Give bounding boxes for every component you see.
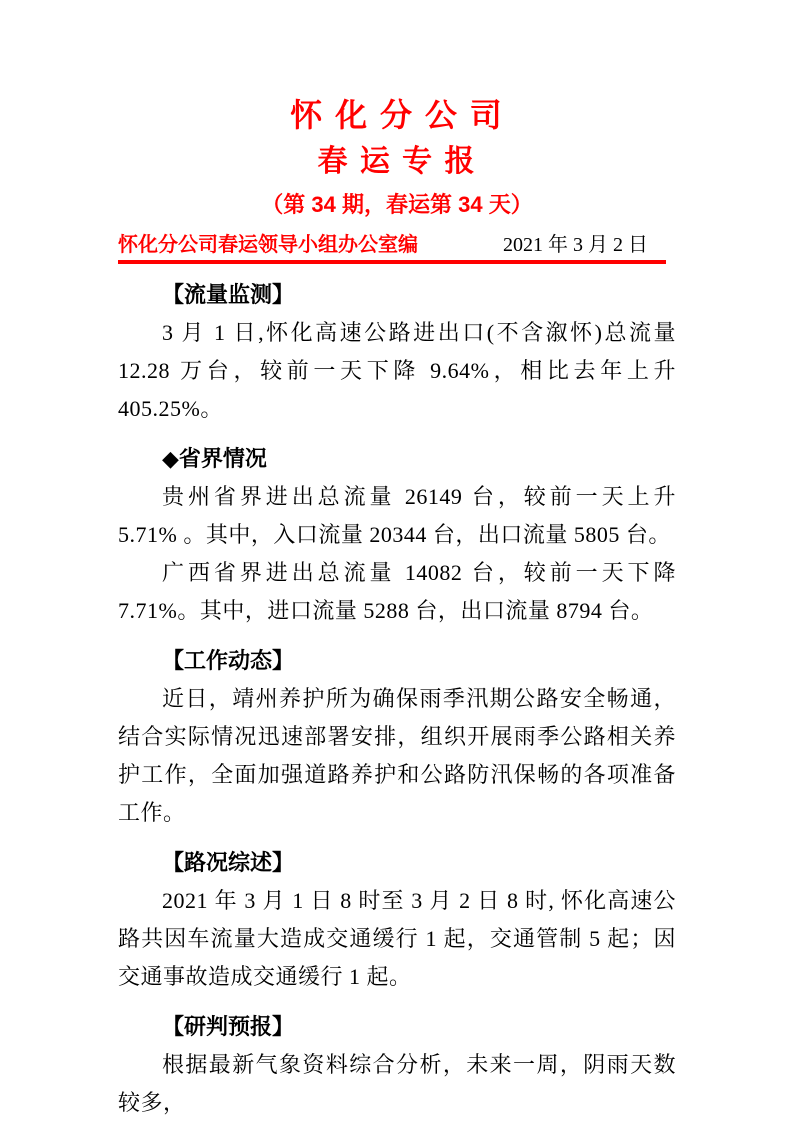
section-heading-forecast: 【研判预报】 bbox=[118, 1008, 676, 1046]
document-page: 怀 化 分 公 司 春 运 专 报 （第 34 期，春运第 34 天） 怀化分公… bbox=[0, 0, 793, 1122]
section-province-border: ◆省界情况 贵州省界进出总流量 26149 台，较前一天上升 5.71% 。其中… bbox=[118, 440, 676, 630]
subsection-heading-province-border: ◆省界情况 bbox=[118, 440, 676, 478]
paragraph-weather-forecast: 根据最新气象资料综合分析，未来一周，阴雨天数较多， bbox=[118, 1046, 676, 1122]
red-divider-rule bbox=[118, 260, 666, 264]
paragraph-guangxi-border: 广西省界进出总流量 14082 台，较前一天下降 7.71%。其中，进口流量 5… bbox=[118, 554, 676, 630]
document-body: 【流量监测】 3 月 1 日,怀化高速公路进出口(不含溆怀)总流量 12.28 … bbox=[118, 276, 676, 1122]
section-heading-road-conditions: 【路况综述】 bbox=[118, 844, 676, 882]
masthead-editor: 怀化分公司春运领导小组办公室编 bbox=[118, 232, 418, 258]
section-forecast: 【研判预报】 根据最新气象资料综合分析，未来一周，阴雨天数较多， bbox=[118, 1008, 676, 1122]
issue-number-line: （第 34 期，春运第 34 天） bbox=[118, 192, 676, 218]
paragraph-road-incidents: 2021 年 3 月 1 日 8 时至 3 月 2 日 8 时, 怀化高速公路共… bbox=[118, 882, 676, 996]
paragraph-total-flow: 3 月 1 日,怀化高速公路进出口(不含溆怀)总流量 12.28 万台，较前一天… bbox=[118, 314, 676, 428]
section-heading-traffic-monitoring: 【流量监测】 bbox=[118, 276, 676, 314]
paragraph-guizhou-border: 贵州省界进出总流量 26149 台，较前一天上升 5.71% 。其中，入口流量 … bbox=[118, 478, 676, 554]
paragraph-maintenance-work: 近日，靖州养护所为确保雨季汛期公路安全畅通，结合实际情况迅速部署安排，组织开展雨… bbox=[118, 680, 676, 832]
masthead-row: 怀化分公司春运领导小组办公室编 2021 年 3 月 2 日 bbox=[118, 232, 676, 258]
section-heading-work-updates: 【工作动态】 bbox=[118, 642, 676, 680]
document-title: 怀 化 分 公 司 bbox=[118, 96, 676, 134]
section-road-conditions: 【路况综述】 2021 年 3 月 1 日 8 时至 3 月 2 日 8 时, … bbox=[118, 844, 676, 996]
section-traffic-monitoring: 【流量监测】 3 月 1 日,怀化高速公路进出口(不含溆怀)总流量 12.28 … bbox=[118, 276, 676, 428]
section-work-updates: 【工作动态】 近日，靖州养护所为确保雨季汛期公路安全畅通，结合实际情况迅速部署安… bbox=[118, 642, 676, 832]
masthead-date: 2021 年 3 月 2 日 bbox=[503, 232, 648, 258]
document-subtitle: 春 运 专 报 bbox=[118, 144, 676, 180]
diamond-bullet-icon: ◆ bbox=[162, 446, 179, 471]
subsection-heading-label: 省界情况 bbox=[179, 446, 267, 471]
document-content: 怀 化 分 公 司 春 运 专 报 （第 34 期，春运第 34 天） 怀化分公… bbox=[118, 0, 676, 1122]
